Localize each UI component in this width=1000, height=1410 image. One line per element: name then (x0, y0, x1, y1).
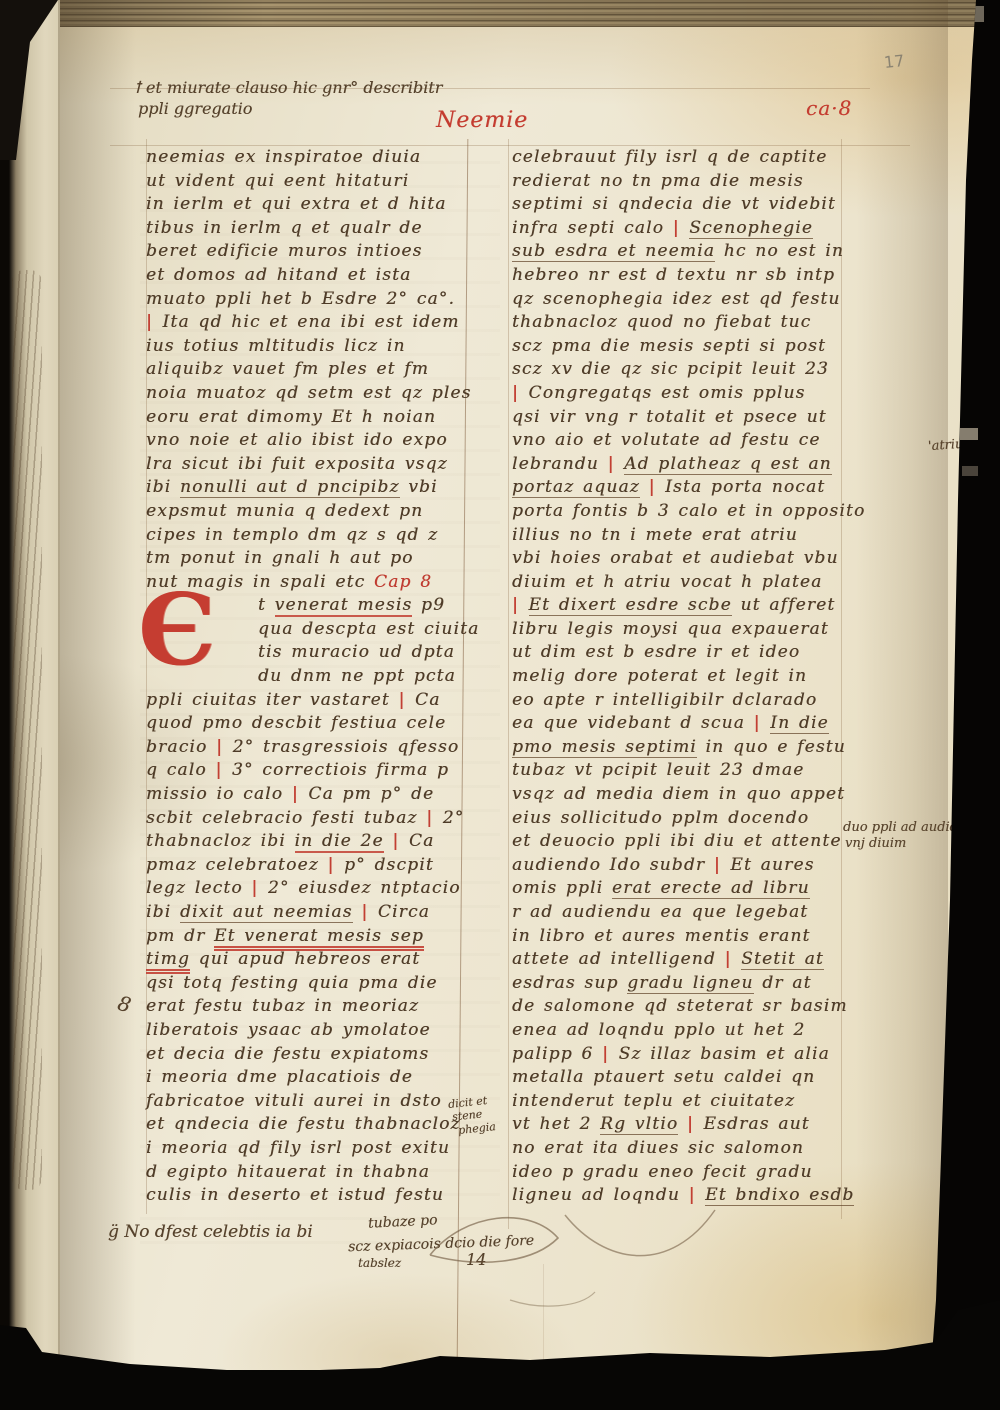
manuscript-line: attete ad intelligend | Stetit at (512, 948, 865, 972)
script-text: Esdras aut (704, 1114, 810, 1134)
manuscript-line: culis in deserto et istud festu (146, 1184, 479, 1208)
manuscript-line: qsi vir vng r totalit et psece ut (512, 406, 865, 430)
manuscript-line: tm ponut in gnali h aut po (146, 547, 479, 571)
script-text: vno noie et alio ibist ido expo (146, 430, 448, 450)
script-text: | (687, 1114, 704, 1134)
manuscript-line: i meoria dme placatiois de (146, 1066, 479, 1090)
book-fore-edge-top (28, 0, 976, 27)
script-text: lebrandu (512, 454, 608, 474)
script-text: pmo mesis septimi (512, 737, 697, 758)
script-text: | (673, 218, 690, 238)
manuscript-line: eius sollicitudo pplm docendo (512, 807, 865, 831)
manuscript-line: aliquibz vauet fm ples et fm (146, 358, 479, 382)
script-text: libru legis moysi qua expauerat (512, 619, 829, 639)
edge-tab (960, 428, 978, 440)
script-text: eius sollicitudo pplm docendo (512, 808, 809, 828)
script-text: Rg vltio (600, 1114, 678, 1135)
script-text: et qndecia die festu thabnacloz (146, 1114, 461, 1134)
manuscript-line: ibi dixit aut neemias | Circa (146, 901, 479, 925)
script-text: ut afferet (732, 595, 836, 615)
script-text: neemias ex inspiratoe diuia (146, 147, 421, 167)
script-text: porta fontis b 3 calo et in opposito (512, 501, 865, 521)
script-text: qz scenophegia idez est qd festu (512, 289, 841, 309)
rubric-text: in die 2e (295, 831, 384, 853)
manuscript-line: et decia die festu expiatoms (146, 1043, 479, 1067)
script-text: in quo e festu (697, 737, 846, 757)
gutter-shadow (58, 0, 136, 1410)
script-text: i meoria qd fily isrl post exitu (146, 1138, 450, 1158)
script-text: et domos ad hitand et ista (146, 265, 411, 285)
manuscript-line: d egipto hitauerat in thabna (146, 1161, 479, 1185)
script-text: | (361, 902, 378, 922)
ruling-line (543, 1264, 544, 1374)
script-text: metalla ptauert setu caldei qn (512, 1067, 815, 1087)
script-text: celebrauut fily isrl q de captite (512, 147, 827, 167)
script-text: | (754, 713, 771, 733)
script-text: dixit aut neemias (180, 902, 353, 923)
script-text: pm dr (146, 926, 214, 946)
script-text: | (602, 1044, 619, 1064)
bottom-note-main: g̈ No dfest celebtis ia bi (108, 1222, 313, 1242)
manuscript-line: lebrandu | Ad platheaz q est an (512, 453, 865, 477)
manuscript-line: no erat ita diues sic salomon (512, 1137, 865, 1161)
script-text: Scenophegie (689, 218, 813, 239)
script-text: Ca (415, 690, 441, 710)
script-text: 2° (443, 808, 465, 828)
script-text: enea ad loqndu pplo ut het 2 (512, 1020, 805, 1040)
script-text: erat festu tubaz in meoriaz (146, 996, 419, 1016)
manuscript-line: noia muatoz qd setm est qz ples (146, 382, 479, 406)
manuscript-line: illius no tn i mete erat atriu (512, 524, 865, 548)
manuscript-photo: ꝉ et miurate clauso hic gnr° describitr … (0, 0, 1000, 1410)
manuscript-line: expsmut munia q dedext pn (146, 500, 479, 524)
script-text: | (328, 855, 345, 875)
manuscript-line: legz lecto | 2° eiusdez ntptacio (146, 877, 479, 901)
script-text: 2° eiusdez ntptacio (268, 878, 461, 898)
script-text (640, 477, 649, 497)
script-text: 3° correctiois firma p (232, 760, 449, 780)
script-text: thabnacloz quod no fiebat tuc (512, 312, 811, 332)
manuscript-line: eoru erat dimomy Et h noian (146, 406, 479, 430)
script-text: attete ad intelligend (512, 949, 725, 969)
script-text: vt het 2 (512, 1114, 600, 1134)
script-text: | (725, 949, 742, 969)
script-text: ibi (146, 477, 180, 497)
script-text: tibus in ierlm q et qualr de (146, 218, 423, 238)
manuscript-line: infra septi calo | Scenophegie (512, 217, 865, 241)
manuscript-line: liberatois ysaac ab ymolatoe (146, 1019, 479, 1043)
manuscript-line: omis ppli erat erecte ad libru (512, 877, 865, 901)
manuscript-line: hebreo nr est d textu nr sb intp (512, 264, 865, 288)
script-text: Congregatqs est omis pplus (529, 383, 806, 403)
manuscript-line: quod pmo descbit festiua cele (146, 712, 479, 736)
manuscript-line: celebrauut fily isrl q de captite (512, 146, 865, 170)
script-text: expsmut munia q dedext pn (146, 501, 423, 521)
ruling-line (508, 139, 509, 1229)
manuscript-line: esdras sup gradu ligneu dr at (512, 972, 865, 996)
margin-note-audience-line1: duo ppli ad audid (843, 820, 958, 835)
manuscript-line: vbi hoies orabat et audiebat vbu (512, 547, 865, 571)
manuscript-line: | Ita qd hic et ena ibi est idem (146, 311, 479, 335)
script-text: scbit celebracio festi tubaz (146, 808, 426, 828)
script-text: aliquibz vauet fm ples et fm (146, 359, 429, 379)
script-text: lra sicut ibi fuit exposita vsqz (146, 454, 448, 474)
manuscript-line: in libro et aures mentis erant (512, 925, 865, 949)
manuscript-line: ppli ciuitas iter vastaret | Ca (146, 689, 479, 713)
manuscript-line: fabricatoe vituli aurei in dsto (146, 1090, 479, 1114)
script-text: illius no tn i mete erat atriu (512, 525, 798, 545)
rubric-text: venerat mesis (275, 595, 413, 617)
script-text: beret edificie muros intioes (146, 241, 423, 261)
script-text: t (258, 595, 275, 615)
script-text: hebreo nr est d textu nr sb intp (512, 265, 835, 285)
running-title: Neemie (436, 108, 528, 133)
manuscript-line: palipp 6 | Sz illaz basim et alia (512, 1043, 865, 1067)
bottom-note-part4: tabslez (358, 1256, 401, 1270)
script-text: diuim et h atriu vocat h platea (512, 572, 822, 592)
script-text: omis ppli (512, 878, 612, 898)
manuscript-line: ut dim est b esdre ir et ideo (512, 641, 865, 665)
script-text: fabricatoe vituli aurei in dsto (146, 1091, 442, 1111)
script-text: | (512, 595, 529, 615)
script-text: melig dore poterat et legit in (512, 666, 807, 686)
manuscript-line: ea que videbant d scua | In die (512, 712, 865, 736)
manuscript-line: beret edificie muros intioes (146, 240, 479, 264)
script-text: q calo (146, 760, 215, 780)
script-text: d egipto hitauerat in thabna (146, 1162, 430, 1182)
edge-tab (962, 466, 978, 476)
script-text: p9 (412, 595, 445, 615)
script-text: et decia die festu expiatoms (146, 1044, 429, 1064)
manuscript-line: pm dr Et venerat mesis sep (146, 925, 479, 949)
manuscript-line: libru legis moysi qua expauerat (512, 618, 865, 642)
script-text: 2° trasgressiois qfesso (233, 737, 460, 757)
margin-note-atrium: 'atriu (928, 437, 964, 454)
script-text: Et bndixo esdb (705, 1185, 854, 1206)
rubric-text: Et venerat mesis sep (214, 926, 424, 951)
script-text: audiendo Ido subdr (512, 855, 714, 875)
manuscript-line: scz xv die qz sic pcipit leuit 23 (512, 358, 865, 382)
manuscript-line: ideo p gradu eneo fecit gradu (512, 1161, 865, 1185)
script-text: | (649, 477, 666, 497)
script-text: ideo p gradu eneo fecit gradu (512, 1162, 813, 1182)
manuscript-line: erat festu tubaz in meoriaz (146, 995, 479, 1019)
script-text: Ita qd hic et ena ibi est idem (163, 312, 460, 332)
rubricated-initial-E: Є (138, 592, 216, 670)
manuscript-line: i meoria qd fily isrl post exitu (146, 1137, 479, 1161)
facing-page-text-edge (12, 270, 42, 1190)
manuscript-line: intenderut teplu et ciuitatez (512, 1090, 865, 1114)
manuscript-line: redierat no tn pma die mesis (512, 170, 865, 194)
manuscript-line: porta fontis b 3 calo et in opposito (512, 500, 865, 524)
script-text: scz pma die mesis septi si post (512, 336, 826, 356)
manuscript-line: septimi si qndecia die vt videbit (512, 193, 865, 217)
script-text: Ca pm p° de (308, 784, 434, 804)
script-text: eoru erat dimomy Et h noian (146, 407, 436, 427)
script-text: ppli ciuitas iter vastaret (146, 690, 398, 710)
manuscript-line: neemias ex inspiratoe diuia (146, 146, 479, 170)
script-text: redierat no tn pma die mesis (512, 171, 804, 191)
script-text: portaz aquaz (512, 477, 640, 498)
manuscript-line: vno noie et alio ibist ido expo (146, 429, 479, 453)
script-text: hc no est in (715, 241, 844, 261)
script-text: infra septi calo (512, 218, 673, 238)
script-text: | (426, 808, 443, 828)
script-text: qsi vir vng r totalit et psece ut (512, 407, 827, 427)
script-text: gradu ligneu (627, 973, 753, 994)
script-text: quod pmo descbit festiua cele (146, 713, 446, 733)
folio-number-pencil: 17 (883, 51, 905, 72)
script-text: qua descpta est ciuita (258, 619, 479, 639)
manuscript-line: tubaz vt pcipit leuit 23 dmae (512, 759, 865, 783)
script-text: muato ppli het b Esdre 2° ca°. (146, 289, 455, 309)
script-text: Et dixert esdre scbe (529, 595, 732, 616)
script-text: | (512, 383, 529, 403)
manuscript-line: timg qui apud hebreos erat (146, 948, 479, 972)
script-text: | (392, 831, 409, 851)
script-text: pmaz celebratoez (146, 855, 328, 875)
manuscript-line: q calo | 3° correctiois firma p (146, 759, 479, 783)
manuscript-line: et domos ad hitand et ista (146, 264, 479, 288)
script-text: liberatois ysaac ab ymolatoe (146, 1020, 431, 1040)
script-text: r ad audiendu ea que legebat (512, 902, 808, 922)
script-text: qsi totq festing quia pma die (146, 973, 438, 993)
manuscript-line: ius totius mltitudis licz in (146, 335, 479, 359)
script-text: vno aio et volutate ad festu ce (512, 430, 821, 450)
script-text: | (216, 737, 233, 757)
script-text: Sz illaz basim et alia (619, 1044, 830, 1064)
manuscript-line: melig dore poterat et legit in (512, 665, 865, 689)
manuscript-line: portaz aquaz | Ista porta nocat (512, 476, 865, 500)
manuscript-line: pmaz celebratoez | p° dscpit (146, 854, 479, 878)
manuscript-line: scz pma die mesis septi si post (512, 335, 865, 359)
text-column-right: celebrauut fily isrl q de captiterediera… (512, 146, 865, 1208)
script-text: culis in deserto et istud festu (146, 1185, 444, 1205)
manuscript-line: thabnacloz ibi in die 2e | Ca (146, 830, 479, 854)
script-text: ligneu ad loqndu (512, 1185, 689, 1205)
manuscript-line: qsi totq festing quia pma die (146, 972, 479, 996)
script-text: | (251, 878, 268, 898)
script-text: noia muatoz qd setm est qz ples (146, 383, 472, 403)
script-text: tubaz vt pcipit leuit 23 dmae (512, 760, 804, 780)
margin-note-audience-line2: vnj diuim (845, 836, 906, 851)
manuscript-line: r ad audiendu ea que legebat (512, 901, 865, 925)
manuscript-line: ut vident qui eent hitaturi (146, 170, 479, 194)
chapter-number-rubric: ca·8 (806, 96, 852, 120)
top-marginal-annotation-line1: ꝉ et miurate clauso hic gnr° describitr (134, 78, 442, 97)
manuscript-line: pmo mesis septimi in quo e festu (512, 736, 865, 760)
script-text: i meoria dme placatiois de (146, 1067, 413, 1087)
manuscript-line: thabnacloz quod no fiebat tuc (512, 311, 865, 335)
script-text: ut dim est b esdre ir et ideo (512, 642, 800, 662)
manuscript-line: missio io calo | Ca pm p° de (146, 783, 479, 807)
rubric-text: Cap 8 (374, 572, 432, 592)
script-text: qui apud hebreos erat (190, 949, 420, 969)
script-text: scz xv die qz sic pcipit leuit 23 (512, 359, 829, 379)
manuscript-line: de salomone qd steterat sr basim (512, 995, 865, 1019)
script-text: missio io calo (146, 784, 292, 804)
manuscript-line: vsqz ad media diem in quo appet (512, 783, 865, 807)
manuscript-line: metalla ptauert setu caldei qn (512, 1066, 865, 1090)
script-text: vbi hoies orabat et audiebat vbu (512, 548, 839, 568)
script-text: tm ponut in gnali h aut po (146, 548, 414, 568)
script-text: ut vident qui eent hitaturi (146, 171, 409, 191)
script-text: no erat ita diues sic salomon (512, 1138, 804, 1158)
manuscript-line: | Et dixert esdre scbe ut afferet (512, 594, 865, 618)
manuscript-line: ligneu ad loqndu | Et bndixo esdb (512, 1184, 865, 1208)
manuscript-line: muato ppli het b Esdre 2° ca°. (146, 288, 479, 312)
manuscript-line: in ierlm et qui extra et d hita (146, 193, 479, 217)
script-text: Et aures (730, 855, 814, 875)
script-text: vsqz ad media diem in quo appet (512, 784, 845, 804)
script-text: | (714, 855, 731, 875)
script-text: nonulli aut d pncipibz (180, 477, 400, 498)
script-text: erat erecte ad libru (612, 878, 810, 899)
script-text: in ierlm et qui extra et d hita (146, 194, 447, 214)
script-text: In die (770, 713, 829, 734)
manuscript-line: vno aio et volutate ad festu ce (512, 429, 865, 453)
top-marginal-annotation-line2: ppli ggregatio (138, 99, 252, 118)
script-text: | (292, 784, 309, 804)
script-text (678, 1114, 687, 1134)
script-text: Circa (378, 902, 430, 922)
script-text: | (146, 312, 163, 332)
manuscript-line: cipes in templo dm qz s qd z (146, 524, 479, 548)
script-text: eo apte r intelligibilr dclarado (512, 690, 817, 710)
script-text: | (215, 760, 232, 780)
script-text: | (608, 454, 625, 474)
script-text: de salomone qd steterat sr basim (512, 996, 848, 1016)
book-gutter-pages (0, 0, 60, 1410)
manuscript-line: et qndecia die festu thabnacloz (146, 1113, 479, 1137)
script-text: | (398, 690, 415, 710)
script-text: ius totius mltitudis licz in (146, 336, 406, 356)
script-text: in libro et aures mentis erant (512, 926, 811, 946)
manuscript-line: qz scenophegia idez est qd festu (512, 288, 865, 312)
manuscript-line: et deuocio ppli ibi diu et attente (512, 830, 865, 854)
manuscript-line: vt het 2 Rg vltio | Esdras aut (512, 1113, 865, 1137)
script-text: Stetit at (741, 949, 824, 970)
script-text: sub esdra et neemia (512, 241, 715, 262)
manuscript-line: scbit celebracio festi tubaz | 2° (146, 807, 479, 831)
manuscript-line: eo apte r intelligibilr dclarado (512, 689, 865, 713)
manuscript-line: ibi nonulli aut d pncipibz vbi (146, 476, 479, 500)
script-text: Ad platheaz q est an (624, 454, 832, 475)
script-text: thabnacloz ibi (146, 831, 295, 851)
script-text: Ista porta nocat (665, 477, 825, 497)
script-text: vbi (400, 477, 438, 497)
script-text: dr at (754, 973, 812, 993)
script-text: du dnm ne ppt pcta (258, 666, 456, 686)
manuscript-line: tibus in ierlm q et qualr de (146, 217, 479, 241)
script-text: ea que videbant d scua (512, 713, 754, 733)
script-text: | (689, 1185, 706, 1205)
script-text: tis muracio ud dpta (258, 642, 455, 662)
manuscript-line: lra sicut ibi fuit exposita vsqz (146, 453, 479, 477)
rubric-text: timg (146, 949, 190, 974)
manuscript-line: sub esdra et neemia hc no est in (512, 240, 865, 264)
manuscript-line: audiendo Ido subdr | Et aures (512, 854, 865, 878)
script-text: cipes in templo dm qz s qd z (146, 525, 438, 545)
script-text: p° dscpit (344, 855, 434, 875)
script-text: palipp 6 (512, 1044, 602, 1064)
script-text: bracio (146, 737, 216, 757)
script-text: intenderut teplu et ciuitatez (512, 1091, 795, 1111)
manuscript-line: enea ad loqndu pplo ut het 2 (512, 1019, 865, 1043)
script-text: ibi (146, 902, 180, 922)
script-text: esdras sup (512, 973, 627, 993)
script-text: legz lecto (146, 878, 251, 898)
script-text: Ca (409, 831, 435, 851)
manuscript-line: bracio | 2° trasgressiois qfesso (146, 736, 479, 760)
bottom-note-number: 14 (466, 1250, 486, 1269)
script-text: et deuocio ppli ibi diu et attente (512, 831, 842, 851)
manuscript-line: diuim et h atriu vocat h platea (512, 571, 865, 595)
script-text: septimi si qndecia die vt videbit (512, 194, 836, 214)
manuscript-line: | Congregatqs est omis pplus (512, 382, 865, 406)
